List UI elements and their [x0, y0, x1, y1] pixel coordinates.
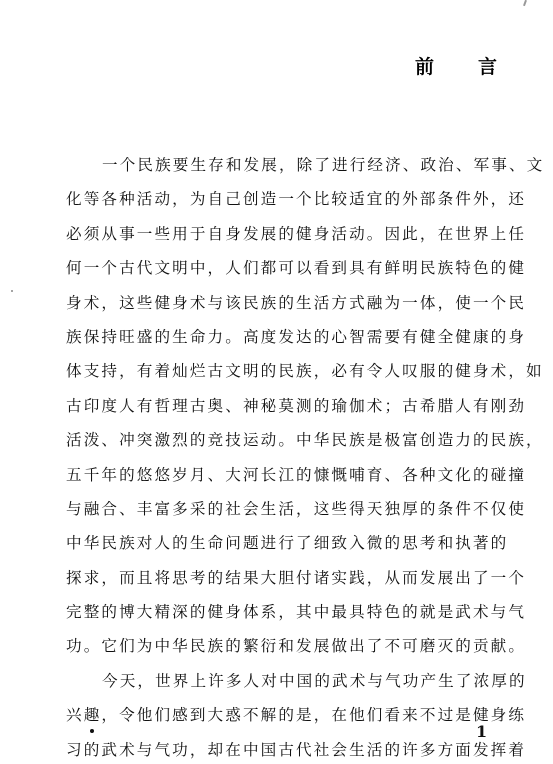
text-line: 探求，而且将思考的结果大胆付诸实践，从而发展出了一个: [66, 561, 506, 595]
text-line: 习的武术与气功，却在中国古代社会生活的许多方面发挥着: [66, 733, 506, 764]
page-title: 前言: [415, 52, 497, 79]
text-line: 何一个古代文明中，人们都可以看到具有鲜明民族特色的健: [66, 251, 506, 285]
preface-body: 一个民族要生存和发展，除了进行经济、政治、军事、文 化等各种活动，为自己创造一个…: [66, 148, 506, 764]
text-line: 身术，这些健身术与该民族的生活方式融为一体，使一个民: [66, 286, 506, 320]
page-number: 1: [476, 722, 487, 741]
text-line: 今天，世界上许多人对中国的武术与气功产生了浓厚的: [66, 664, 506, 698]
book-page: 前言 一个民族要生存和发展，除了进行经济、政治、军事、文 化等各种活动，为自己创…: [0, 0, 553, 764]
scan-speck: [11, 290, 13, 292]
text-line: 体支持，有着灿烂古文明的民族，必有令人叹服的健身术，如: [66, 354, 506, 388]
text-line: 古印度人有哲理古奥、神秘莫测的瑜伽术；古希腊人有刚劲: [66, 389, 506, 423]
text-line: 化等各种活动，为自己创造一个比较适宜的外部条件外，还: [66, 182, 506, 216]
text-line: 一个民族要生存和发展，除了进行经济、政治、军事、文: [66, 148, 506, 182]
text-line: 必须从事一些用于自身发展的健身活动。因此，在世界上任: [66, 217, 506, 251]
text-line: 与融合、丰富多采的社会生活，这些得天独厚的条件不仅使: [66, 492, 506, 526]
text-line: 活泼、冲突激烈的竞技运动。中华民族是极富创造力的民族，: [66, 423, 506, 457]
text-line: 五千年的悠悠岁月、大河长江的慷慨哺育、各种文化的碰撞: [66, 458, 506, 492]
text-line: 功。它们为中华民族的繁衍和发展做出了不可磨灭的贡献。: [66, 629, 506, 663]
footer-dot: [90, 729, 94, 733]
text-line: 族保持旺盛的生命力。高度发达的心智需要有健全健康的身: [66, 320, 506, 354]
text-line: 兴趣，令他们感到大惑不解的是，在他们看来不过是健身练: [66, 698, 506, 732]
title-char-2: 言: [478, 52, 497, 79]
text-line: 完整的博大精深的健身体系，其中最具特色的就是武术与气: [66, 595, 506, 629]
text-line: 中华民族对人的生命问题进行了细致入微的思考和执著的: [66, 526, 506, 560]
title-char-1: 前: [415, 52, 434, 79]
scan-mark: [523, 0, 527, 6]
